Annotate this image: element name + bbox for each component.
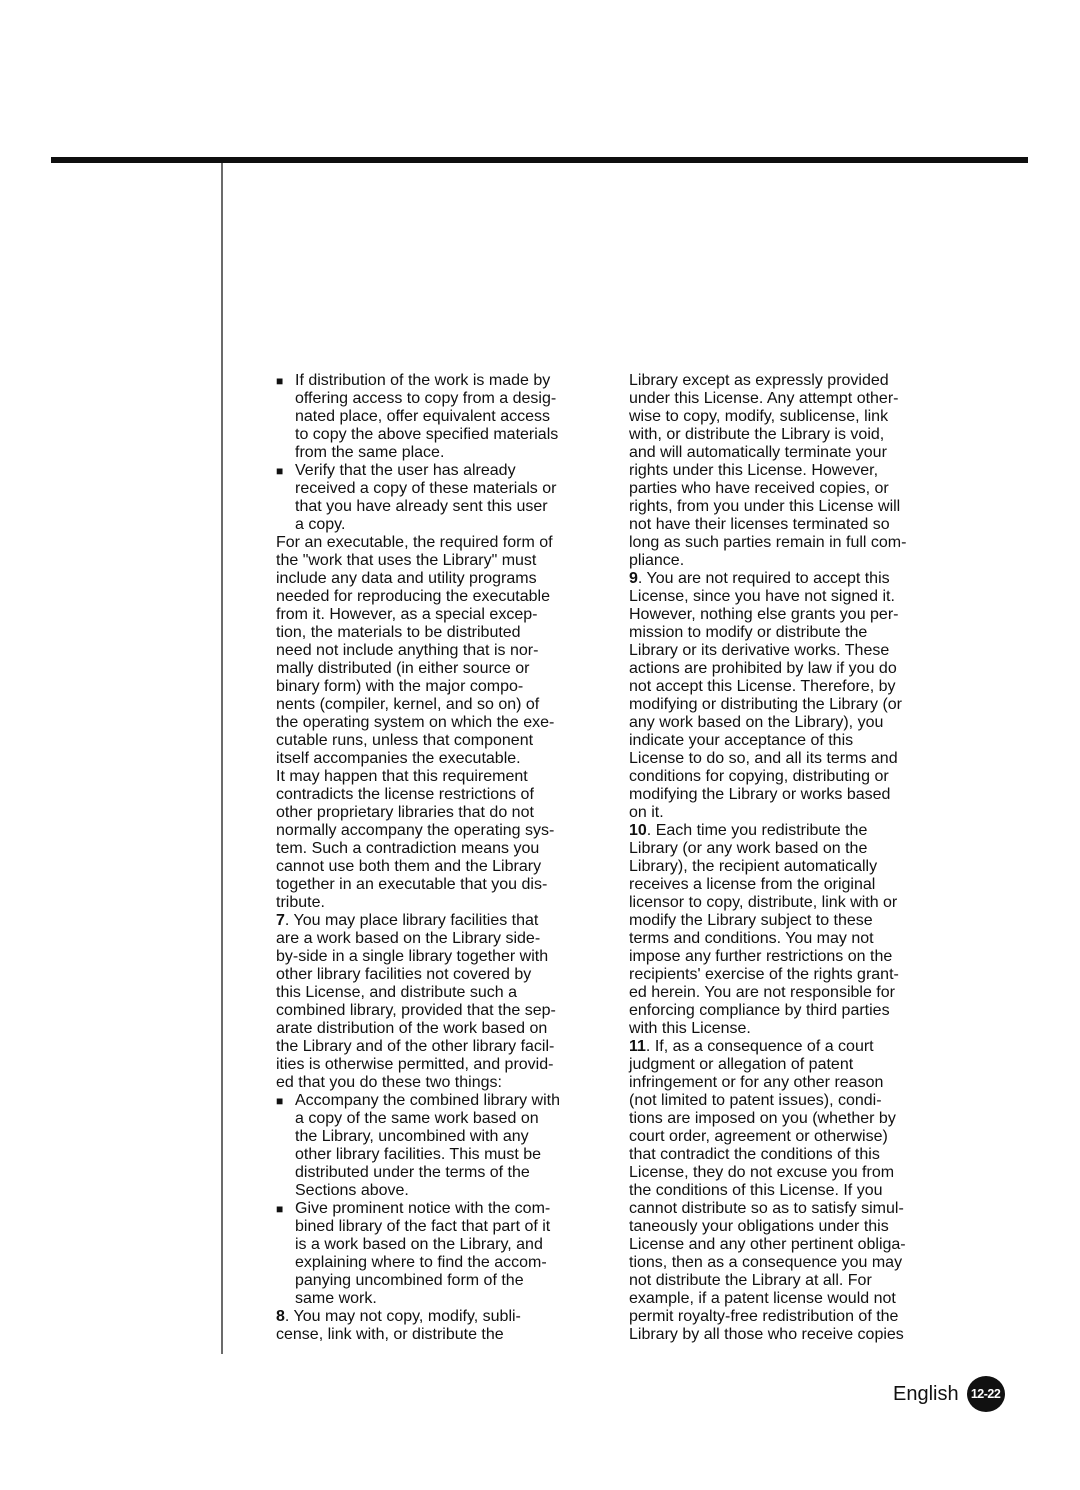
text-line: a copy. — [295, 516, 591, 534]
text-line: not distribute the Library at all. For — [629, 1272, 959, 1290]
text-line: that contradict the conditions of this — [629, 1146, 959, 1164]
text-line: License, they do not excuse you from — [629, 1164, 959, 1182]
text-line: panying uncombined form of the — [295, 1272, 591, 1290]
text-line: Library except as expressly provided — [629, 372, 959, 390]
text-line: modifying the Library or works based — [629, 786, 959, 804]
text-line: Accompany the combined library with — [295, 1092, 591, 1110]
section-number: 9 — [629, 570, 638, 587]
text-line: recipients' exercise of the rights grant… — [629, 966, 959, 984]
text-line: explaining where to find the accom- — [295, 1254, 591, 1272]
text-line: is a work based on the Library, and — [295, 1236, 591, 1254]
text-line: needed for reproducing the executable — [276, 588, 591, 606]
text-line: mission to modify or distribute the — [629, 624, 959, 642]
text-line: that you have already sent this user — [295, 498, 591, 516]
text-line: itself accompanies the executable. — [276, 750, 591, 768]
top-rule — [51, 157, 1028, 163]
left-margin-rule — [221, 163, 223, 1354]
text-line: combined library, provided that the sep- — [276, 1002, 591, 1020]
text-line: pliance. — [629, 552, 959, 570]
text-line: tions, then as a consequence you may — [629, 1254, 959, 1272]
text-line: under this License. Any attempt other- — [629, 390, 959, 408]
text-line: long as such parties remain in full com- — [629, 534, 959, 552]
page-footer: English 12-22 — [893, 1374, 1005, 1414]
text-line: nated place, offer equivalent access — [295, 408, 591, 426]
text-line: same work. — [295, 1290, 591, 1308]
text-line: the Library and of the other library fac… — [276, 1038, 591, 1056]
text-line: other proprietary libraries that do not — [276, 804, 591, 822]
numbered-section: 7. You may place library facilities that… — [276, 912, 591, 1092]
text-line: together in an executable that you dis- — [276, 876, 591, 894]
bullet-icon: ■ — [276, 1092, 283, 1110]
section-number: 8 — [276, 1308, 285, 1325]
bullet-icon: ■ — [276, 372, 283, 390]
text-line: tem. Such a contradiction means you — [276, 840, 591, 858]
text-line: by-side in a single library together wit… — [276, 948, 591, 966]
text-line: judgment or allegation of patent — [629, 1056, 959, 1074]
text-line: offering access to copy from a desig- — [295, 390, 591, 408]
text-line: parties who have received copies, or — [629, 480, 959, 498]
numbered-section: 10. Each time you redistribute theLibrar… — [629, 822, 959, 1038]
section-number: 10 — [629, 822, 647, 839]
text-line: (not limited to patent issues), condi- — [629, 1092, 959, 1110]
paragraph: For an executable, the required form oft… — [276, 534, 591, 768]
text-line: bined library of the fact that part of i… — [295, 1218, 591, 1236]
text-line: the conditions of this License. If you — [629, 1182, 959, 1200]
text-line: licensor to copy, distribute, link with … — [629, 894, 959, 912]
text-line: other library facilities not covered by — [276, 966, 591, 984]
text-line: need not include anything that is nor- — [276, 642, 591, 660]
text-line: from it. However, as a special excep- — [276, 606, 591, 624]
text-line: mally distributed (in either source or — [276, 660, 591, 678]
text-line: any work based on the Library), you — [629, 714, 959, 732]
text-line: from the same place. — [295, 444, 591, 462]
text-line: indicate your acceptance of this — [629, 732, 959, 750]
text-line: If distribution of the work is made by — [295, 372, 591, 390]
text-line: However, nothing else grants you per- — [629, 606, 959, 624]
text-line: Verify that the user has already — [295, 462, 591, 480]
text-line: receives a license from the original — [629, 876, 959, 894]
text-line: distributed under the terms of the — [295, 1164, 591, 1182]
text-line: Library or its derivative works. These — [629, 642, 959, 660]
text-line: 8. You may not copy, modify, subli- — [276, 1308, 591, 1326]
text-line: Library (or any work based on the — [629, 840, 959, 858]
license-text-left-column: ■If distribution of the work is made byo… — [276, 372, 591, 1344]
text-line: and will automatically terminate your — [629, 444, 959, 462]
bullet-item: ■If distribution of the work is made byo… — [276, 372, 591, 462]
text-line: Library), the recipient automatically — [629, 858, 959, 876]
text-line: other library facilities. This must be — [295, 1146, 591, 1164]
text-line: are a work based on the Library side- — [276, 930, 591, 948]
text-line: 9. You are not required to accept this — [629, 570, 959, 588]
text-line: on it. — [629, 804, 959, 822]
text-line: binary form) with the major compo- — [276, 678, 591, 696]
numbered-section: 8. You may not copy, modify, subli-cense… — [276, 1308, 591, 1344]
text-line: with, or distribute the Library is void, — [629, 426, 959, 444]
text-line: For an executable, the required form of — [276, 534, 591, 552]
text-line: modifying or distributing the Library (o… — [629, 696, 959, 714]
text-line: rights under this License. However, — [629, 462, 959, 480]
text-line: 7. You may place library facilities that — [276, 912, 591, 930]
bullet-item: ■Verify that the user has alreadyreceive… — [276, 462, 591, 534]
text-line: Library by all those who receive copies — [629, 1326, 959, 1344]
text-line: License and any other pertinent obliga- — [629, 1236, 959, 1254]
text-line: cense, link with, or distribute the — [276, 1326, 591, 1344]
text-line: License to do so, and all its terms and — [629, 750, 959, 768]
text-line: taneously your obligations under this — [629, 1218, 959, 1236]
text-line: impose any further restrictions on the — [629, 948, 959, 966]
text-line: contradicts the license restrictions of — [276, 786, 591, 804]
text-line: 10. Each time you redistribute the — [629, 822, 959, 840]
text-line: Sections above. — [295, 1182, 591, 1200]
text-line: arate distribution of the work based on — [276, 1020, 591, 1038]
text-line: court order, agreement or otherwise) — [629, 1128, 959, 1146]
bullet-item: ■Accompany the combined library witha co… — [276, 1092, 591, 1200]
text-line: nents (compiler, kernel, and so on) of — [276, 696, 591, 714]
text-line: ed herein. You are not responsible for — [629, 984, 959, 1002]
text-line: the operating system on which the exe- — [276, 714, 591, 732]
text-line: It may happen that this requirement — [276, 768, 591, 786]
text-line: received a copy of these materials or — [295, 480, 591, 498]
text-line: to copy the above specified materials — [295, 426, 591, 444]
text-line: terms and conditions. You may not — [629, 930, 959, 948]
text-line: include any data and utility programs — [276, 570, 591, 588]
text-line: normally accompany the operating sys- — [276, 822, 591, 840]
text-line: infringement or for any other reason — [629, 1074, 959, 1092]
section-number: 11 — [629, 1038, 646, 1055]
text-line: cannot use both them and the Library — [276, 858, 591, 876]
text-line: ities is otherwise permitted, and provid… — [276, 1056, 591, 1074]
numbered-section: 9. You are not required to accept thisLi… — [629, 570, 959, 822]
paragraph: It may happen that this requirementcontr… — [276, 768, 591, 912]
text-line: 11. If, as a consequence of a court — [629, 1038, 959, 1056]
text-line: not accept this License. Therefore, by — [629, 678, 959, 696]
numbered-section: 11. If, as a consequence of a courtjudgm… — [629, 1038, 959, 1344]
text-line: tions are imposed on you (whether by — [629, 1110, 959, 1128]
page-number-badge: 12-22 — [967, 1376, 1005, 1412]
manual-page: ■If distribution of the work is made byo… — [0, 0, 1080, 1490]
text-line: actions are prohibited by law if you do — [629, 660, 959, 678]
text-line: permit royalty-free redistribution of th… — [629, 1308, 959, 1326]
section-number: 7 — [276, 912, 285, 929]
bullet-icon: ■ — [276, 462, 283, 480]
bullet-item: ■Give prominent notice with the com-bine… — [276, 1200, 591, 1308]
text-line: cutable runs, unless that component — [276, 732, 591, 750]
text-line: example, if a patent license would not — [629, 1290, 959, 1308]
text-line: the Library, uncombined with any — [295, 1128, 591, 1146]
text-line: enforcing compliance by third parties — [629, 1002, 959, 1020]
license-text-columns: ■If distribution of the work is made byo… — [276, 372, 959, 1344]
text-line: License, since you have not signed it. — [629, 588, 959, 606]
text-line: ed that you do these two things: — [276, 1074, 591, 1092]
text-line: tion, the materials to be distributed — [276, 624, 591, 642]
text-line: rights, from you under this License will — [629, 498, 959, 516]
text-line: with this License. — [629, 1020, 959, 1038]
text-line: modify the Library subject to these — [629, 912, 959, 930]
text-line: tribute. — [276, 894, 591, 912]
footer-language-label: English — [893, 1374, 959, 1414]
text-line: a copy of the same work based on — [295, 1110, 591, 1128]
paragraph: Library except as expressly providedunde… — [629, 372, 959, 570]
bullet-icon: ■ — [276, 1200, 283, 1218]
text-line: wise to copy, modify, sublicense, link — [629, 408, 959, 426]
text-line: cannot distribute so as to satisfy simul… — [629, 1200, 959, 1218]
text-line: the "work that uses the Library" must — [276, 552, 591, 570]
text-line: conditions for copying, distributing or — [629, 768, 959, 786]
license-text-right-column: Library except as expressly providedunde… — [629, 372, 959, 1344]
text-line: this License, and distribute such a — [276, 984, 591, 1002]
text-line: Give prominent notice with the com- — [295, 1200, 591, 1218]
text-line: not have their licenses terminated so — [629, 516, 959, 534]
